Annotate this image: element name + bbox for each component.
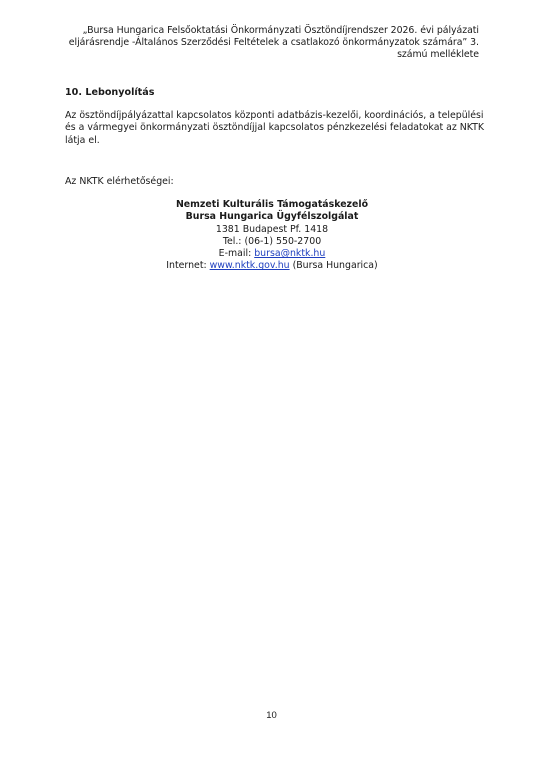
page-number: 10 [0, 710, 543, 722]
website-line: Internet: www.nktk.gov.hu (Bursa Hungari… [65, 260, 479, 272]
paragraph-line: Az ösztöndíjpályázattal kapcsolatos közp… [65, 110, 479, 122]
email-label: E-mail: [219, 248, 255, 259]
header-line: „Bursa Hungarica Felsőoktatási Önkormány… [65, 25, 479, 37]
header-line: eljárásrendje -Általános Szerződési Felt… [65, 37, 479, 49]
phone-number: Tel.: (06-1) 550-2700 [65, 236, 479, 248]
contact-block: Nemzeti Kulturális Támogatáskezelő Bursa… [65, 199, 479, 273]
section-title: 10. Lebonyolítás [65, 87, 154, 99]
service-name: Bursa Hungarica Ügyfélszolgálat [65, 211, 479, 223]
paragraph-line: és a vármegyei önkormányzati ösztöndíjja… [65, 122, 479, 134]
email-link[interactable]: bursa@nktk.hu [254, 248, 325, 259]
paragraph-line: látja el. [65, 135, 479, 147]
organization-name: Nemzeti Kulturális Támogatáskezelő [65, 199, 479, 211]
website-suffix: (Bursa Hungarica) [290, 260, 378, 271]
internet-label: Internet: [166, 260, 209, 271]
email-line: E-mail: bursa@nktk.hu [65, 248, 479, 260]
document-header: „Bursa Hungarica Felsőoktatási Önkormány… [65, 25, 479, 61]
header-line: számú melléklete [65, 49, 479, 61]
contacts-intro: Az NKTK elérhetőségei: [65, 176, 174, 188]
postal-address: 1381 Budapest Pf. 1418 [65, 224, 479, 236]
section-paragraph: Az ösztöndíjpályázattal kapcsolatos közp… [65, 110, 479, 147]
website-link[interactable]: www.nktk.gov.hu [210, 260, 290, 271]
document-page: „Bursa Hungarica Felsőoktatási Önkormány… [0, 0, 543, 768]
